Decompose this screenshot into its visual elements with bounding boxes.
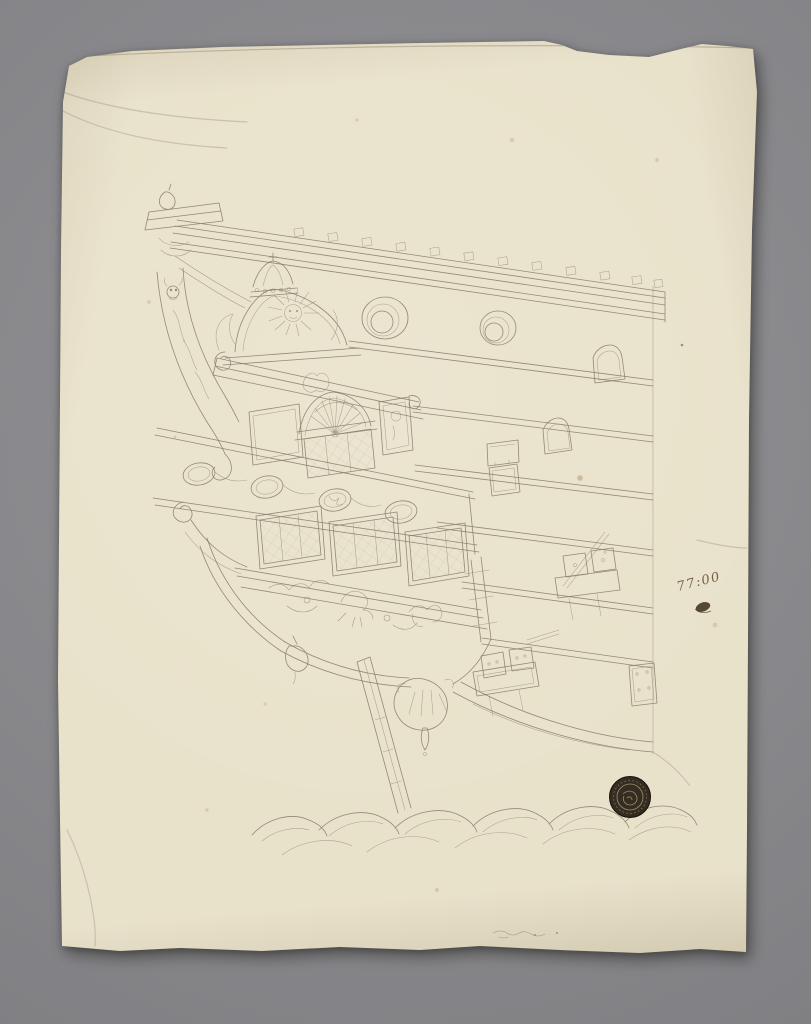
portholes bbox=[362, 297, 516, 345]
paper-sheet: 77:00 bbox=[57, 40, 757, 955]
handwritten-annotation: 77:00 bbox=[675, 569, 722, 613]
paper-creases bbox=[61, 46, 753, 946]
paper-shadow-wrap: 77:00 bbox=[57, 40, 757, 955]
handwritten-number: 77:00 bbox=[675, 569, 722, 594]
stern-window-row bbox=[235, 506, 487, 629]
drop-finial bbox=[286, 636, 309, 684]
pediment-cornice bbox=[213, 352, 423, 419]
faint-inscription bbox=[493, 931, 558, 938]
deck-sheer-lines bbox=[175, 256, 251, 308]
hull-wales bbox=[349, 286, 690, 786]
royal-monogram bbox=[329, 496, 343, 505]
chain-plates bbox=[473, 532, 620, 716]
ship-stern-drawing: 77:00 bbox=[57, 40, 757, 955]
open-gunport bbox=[487, 440, 520, 496]
sternpost bbox=[357, 657, 411, 813]
grotesque-mask-pendant bbox=[394, 678, 453, 755]
scan-background: 77:00 bbox=[0, 0, 811, 1024]
putto-figure bbox=[409, 606, 442, 627]
quarter-figure bbox=[157, 268, 239, 480]
collection-stamp-icon bbox=[610, 777, 651, 818]
figured-frieze bbox=[269, 581, 442, 630]
head-rail bbox=[145, 184, 665, 322]
sunburst-dome bbox=[216, 288, 361, 365]
